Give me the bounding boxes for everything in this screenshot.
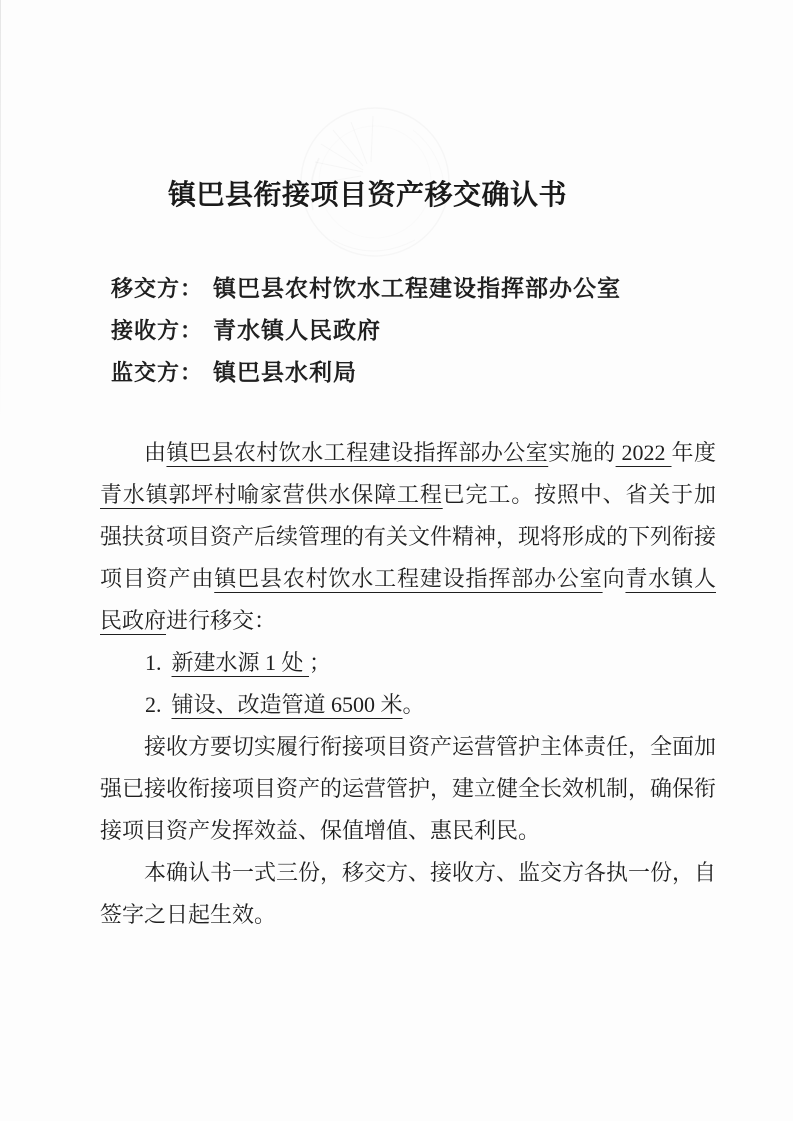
list-number-2: 2. [145, 692, 162, 717]
supervisor-value: 镇巴县水利局 [213, 352, 357, 394]
transferor-label: 移交方： [111, 268, 203, 310]
party-row-transferor: 移交方： 镇巴县农村饮水工程建设指挥部办公室 [111, 268, 793, 310]
underlined-text-run: 铺设、改造管道 6500 米 [172, 692, 403, 717]
asset-list-item-1: 1.新建水源 1 处 ； [145, 642, 716, 684]
parties-block: 移交方： 镇巴县农村饮水工程建设指挥部办公室 接收方： 青水镇人民政府 监交方：… [111, 268, 793, 394]
document-title: 镇巴县衔接项目资产移交确认书 [0, 178, 764, 212]
list-number-1: 1. [145, 650, 162, 675]
receiver-value: 青水镇人民政府 [213, 310, 381, 352]
text-run: 实施的 [548, 440, 615, 465]
underlined-text-run: 镇巴县农村饮水工程建设指挥部办公室 [166, 440, 548, 465]
underlined-text-run: 新建水源 1 处 [172, 650, 310, 675]
underlined-text-run: 青水镇郭坪村喻家营供水保障工程 [100, 482, 443, 507]
underlined-text-run: 2022 [616, 440, 672, 465]
management-paragraph: 接收方要切实履行衔接项目资产运营管护主体责任，全面加强已接收衔接项目资产的运营管… [100, 726, 716, 852]
document-body: 由镇巴县农村饮水工程建设指挥部办公室实施的 2022 年度青水镇郭坪村喻家营供水… [100, 432, 716, 936]
text-run: 年度 [672, 440, 716, 465]
party-row-receiver: 接收方： 青水镇人民政府 [111, 310, 793, 352]
text-run: 进行移交： [166, 608, 276, 633]
transferor-value: 镇巴县农村饮水工程建设指挥部办公室 [213, 268, 621, 310]
text-run: 向 [603, 566, 626, 591]
document-page: 镇巴县衔接项目资产移交确认书 移交方： 镇巴县农村饮水工程建设指挥部办公室 接收… [0, 0, 793, 1121]
party-row-supervisor: 监交方： 镇巴县水利局 [111, 352, 793, 394]
intro-paragraph: 由镇巴县农村饮水工程建设指挥部办公室实施的 2022 年度青水镇郭坪村喻家营供水… [100, 432, 716, 642]
receiver-label: 接收方： [111, 310, 203, 352]
underlined-text-run: 镇巴县农村饮水工程建设指挥部办公室 [214, 566, 602, 591]
asset-list-item-2-text: 铺设、改造管道 6500 米。 [172, 692, 425, 717]
supervisor-label: 监交方： [111, 352, 203, 394]
text-run: 。 [403, 692, 425, 717]
text-run: 由 [144, 440, 166, 465]
text-run: ； [309, 650, 331, 675]
asset-list-item-1-text: 新建水源 1 处 ； [172, 650, 332, 675]
asset-list-item-2: 2.铺设、改造管道 6500 米。 [145, 684, 716, 726]
copies-paragraph: 本确认书一式三份，移交方、接收方、监交方各执一份，自签字之日起生效。 [100, 852, 716, 936]
